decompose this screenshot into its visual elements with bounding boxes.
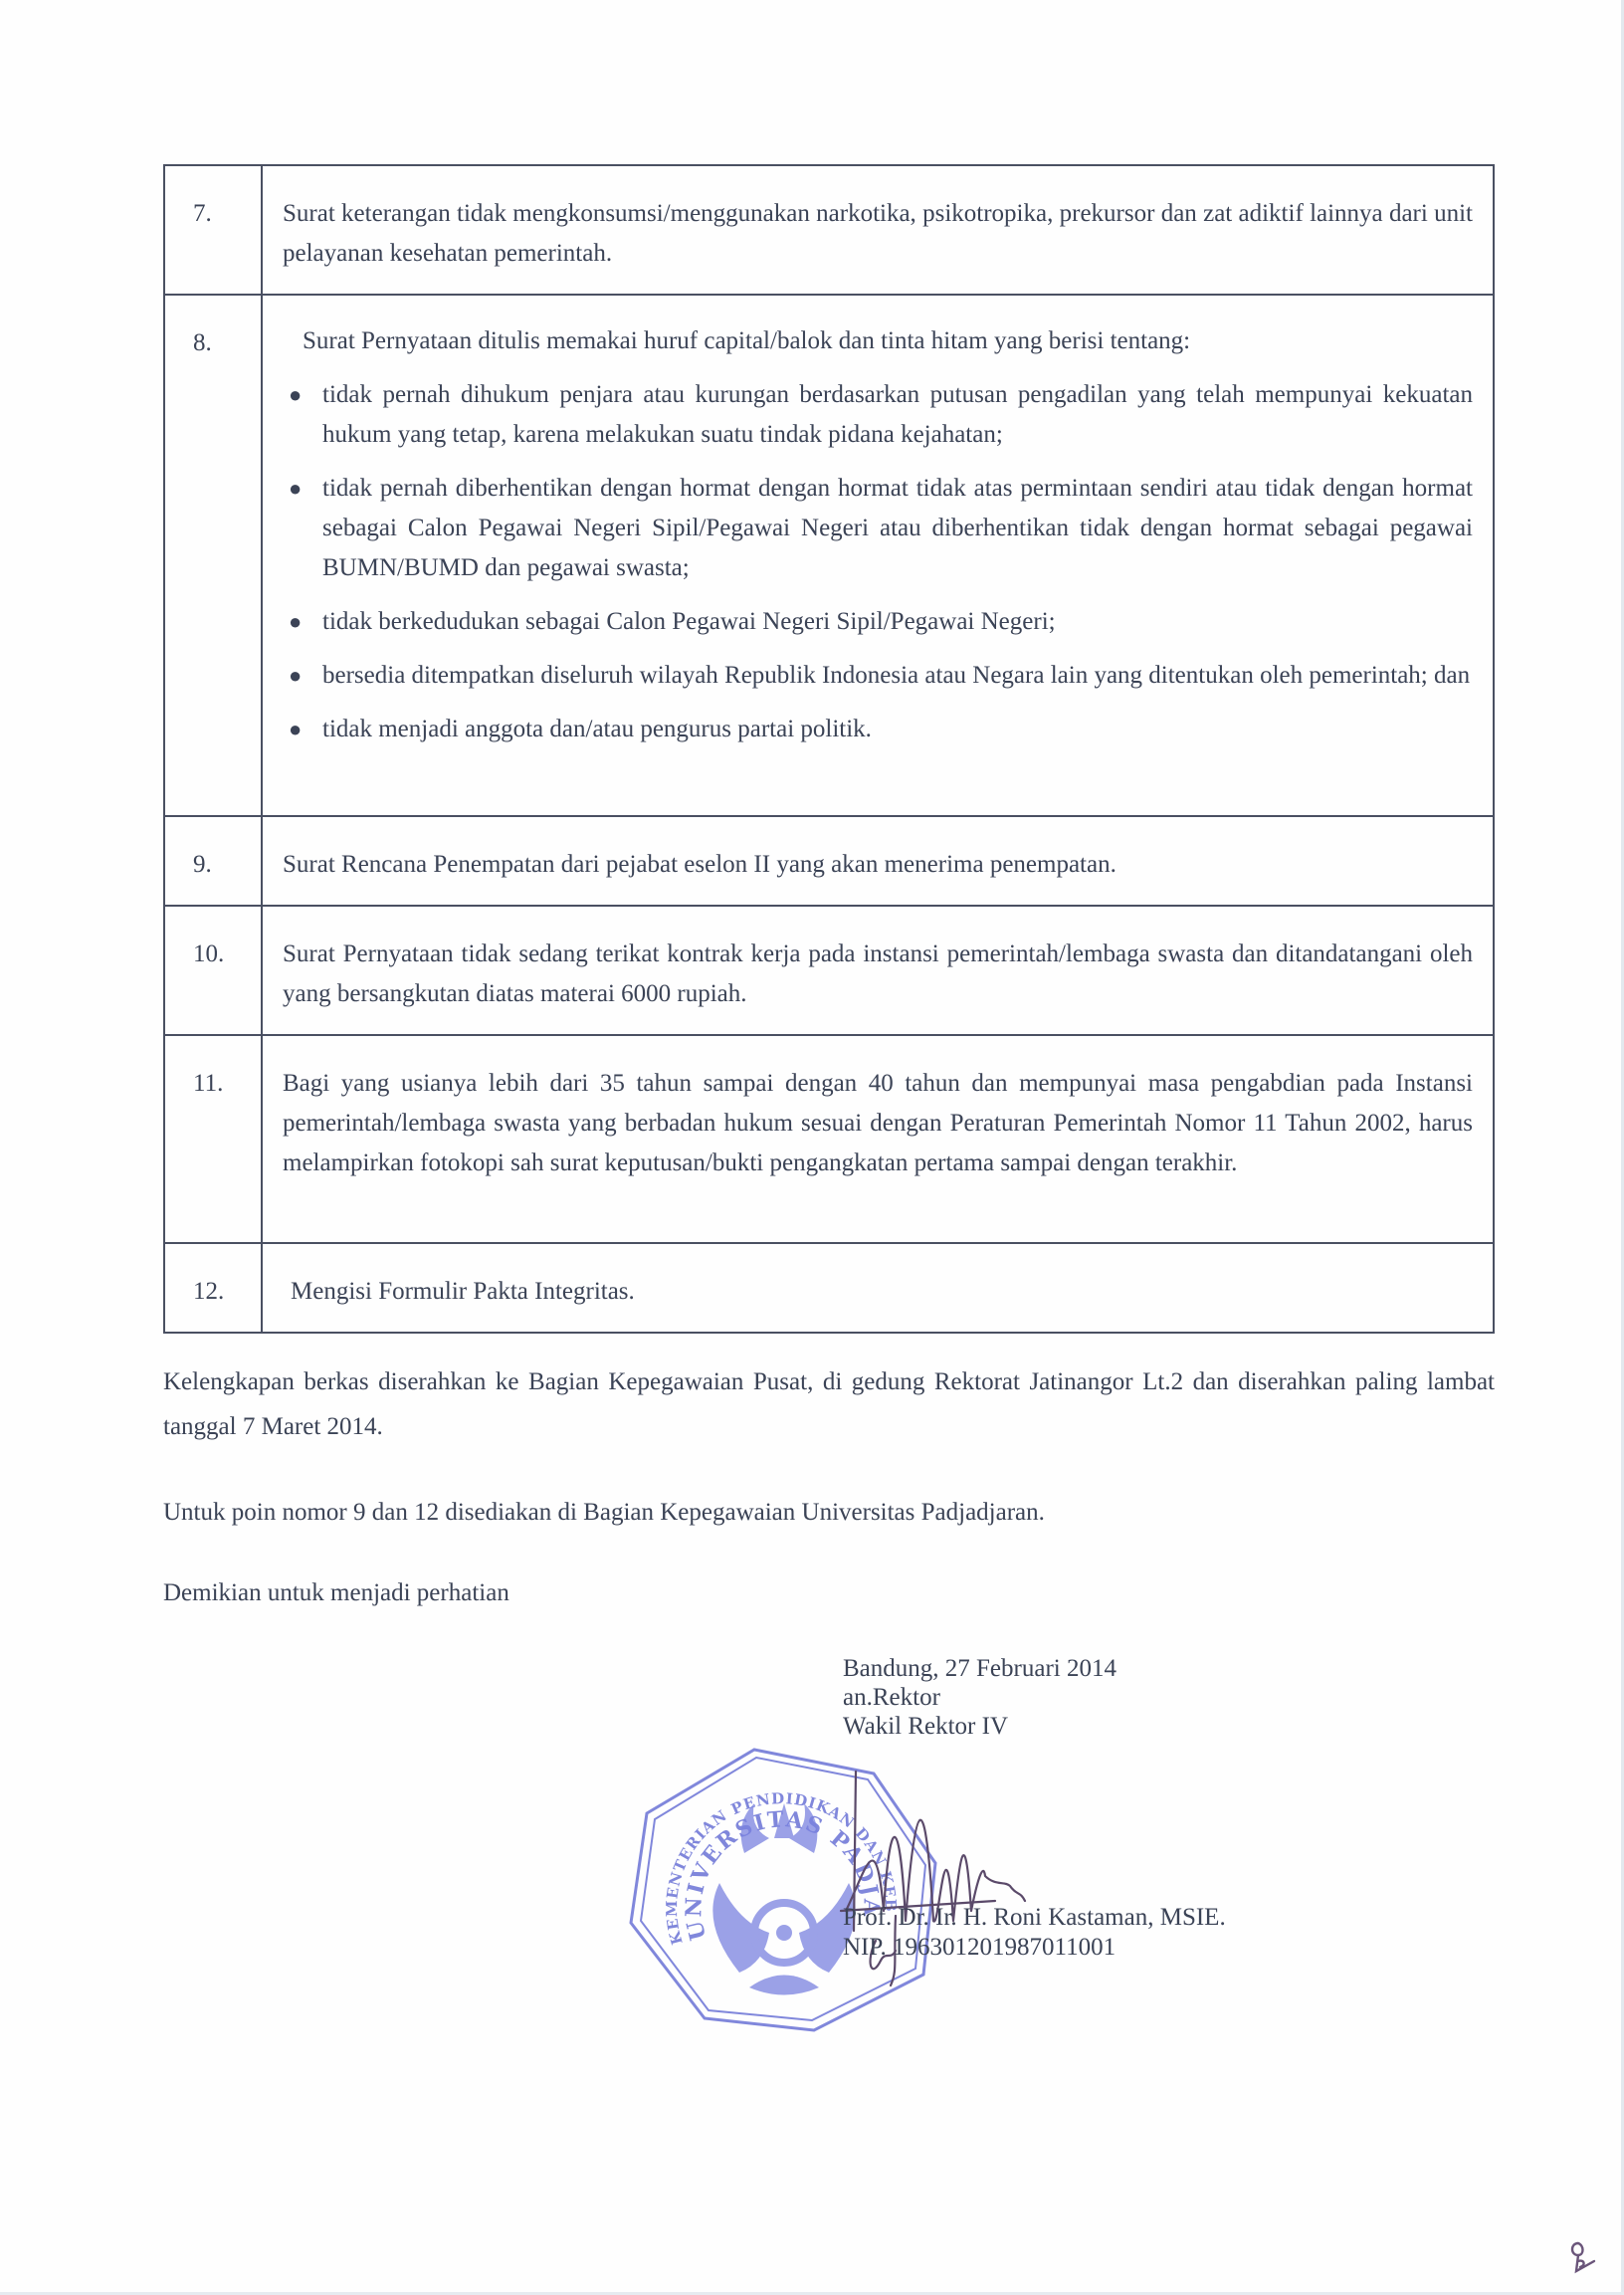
list-item: ●tidak pernah dihukum penjara atau kurun… [283,375,1473,455]
list-item: ●tidak menjadi anggota dan/atau pengurus… [283,710,1473,749]
row-text-cell: Surat Rencana Penempatan dari pejabat es… [262,816,1494,906]
table-row: 8. Surat Pernyataan ditulis memakai huru… [164,295,1494,816]
on-behalf-label: an.Rektor [843,1683,1116,1712]
row-text-cell: Mengisi Formulir Pakta Integritas. [262,1243,1494,1333]
signer-name: Prof. Dr. Ir. H. Roni Kastaman, MSIE. [843,1903,1226,1933]
row-number-cell: 12. [164,1243,262,1333]
row-text: Bagi yang usianya lebih dari 35 tahun sa… [263,1036,1493,1203]
table-row: 11. Bagi yang usianya lebih dari 35 tahu… [164,1035,1494,1243]
row-number-cell: 7. [164,165,262,295]
row-text-cell: Surat Pernyataan ditulis memakai huruf c… [262,295,1494,816]
requirements-table: 7. Surat keterangan tidak mengkonsumsi/m… [163,164,1495,1334]
submission-paragraph: Kelengkapan berkas diserahkan ke Bagian … [163,1359,1495,1449]
row-number: 11. [165,1036,261,1104]
list-item: ●tidak berkedudukan sebagai Calon Pegawa… [283,602,1473,642]
signer-identity: Prof. Dr. Ir. H. Roni Kastaman, MSIE. NI… [843,1903,1226,1963]
bullet-icon: ● [289,710,302,749]
signature-block: Bandung, 27 Februari 2014 an.Rektor Waki… [843,1654,1116,1741]
signer-nip: NIP. 196301201987011001 [843,1933,1226,1963]
row-number-cell: 8. [164,295,262,816]
row-text: Mengisi Formulir Pakta Integritas. [263,1244,1493,1332]
row-number: 12. [165,1244,261,1312]
table-row: 12. Mengisi Formulir Pakta Integritas. [164,1243,1494,1333]
row-text-cell: Surat keterangan tidak mengkonsumsi/meng… [262,165,1494,295]
table-row: 10. Surat Pernyataan tidak sedang terika… [164,906,1494,1035]
row-number: 10. [165,907,261,974]
closing-paragraph: Demikian untuk menjadi perhatian [163,1570,1495,1615]
row-number-cell: 11. [164,1035,262,1243]
table-row: 9. Surat Rencana Penempatan dari pejabat… [164,816,1494,906]
statement-intro: Surat Pernyataan ditulis memakai huruf c… [283,321,1473,361]
list-item-text: tidak pernah dihukum penjara atau kurung… [322,381,1473,448]
bullet-icon: ● [289,602,302,642]
list-item: ●bersedia ditempatkan diseluruh wilayah … [283,656,1473,696]
row-text: Surat Pernyataan tidak sedang terikat ko… [263,907,1493,1034]
list-item: ●tidak pernah diberhentikan dengan horma… [283,469,1473,588]
bullet-icon: ● [289,375,302,415]
list-item-text: tidak menjadi anggota dan/atau pengurus … [322,716,872,742]
list-item-text: bersedia ditempatkan diseluruh wilayah R… [322,662,1470,689]
availability-paragraph: Untuk poin nomor 9 dan 12 disediakan di … [163,1490,1495,1535]
place-date: Bandung, 27 Februari 2014 [843,1654,1116,1683]
row-number: 8. [165,296,261,363]
statement-bullet-list: ●tidak pernah dihukum penjara atau kurun… [283,375,1473,749]
row-text-cell: Surat Pernyataan tidak sedang terikat ko… [262,906,1494,1035]
initial-paraf-icon [1564,2239,1604,2275]
list-item-text: tidak berkedudukan sebagai Calon Pegawai… [322,608,1056,635]
bullet-icon: ● [289,469,302,509]
table-row: 7. Surat keterangan tidak mengkonsumsi/m… [164,165,1494,295]
bullet-icon: ● [289,656,302,696]
document-page: 7. Surat keterangan tidak mengkonsumsi/m… [0,0,1624,2295]
row-number: 7. [165,166,261,234]
list-item-text: tidak pernah diberhentikan dengan hormat… [322,475,1473,581]
row-number: 9. [165,817,261,885]
signer-position: Wakil Rektor IV [843,1712,1116,1741]
row-text-cell: Bagi yang usianya lebih dari 35 tahun sa… [262,1035,1494,1243]
row-text: Surat keterangan tidak mengkonsumsi/meng… [263,166,1493,294]
row-number-cell: 10. [164,906,262,1035]
row-text: Surat Rencana Penempatan dari pejabat es… [263,817,1493,905]
row-number-cell: 9. [164,816,262,906]
